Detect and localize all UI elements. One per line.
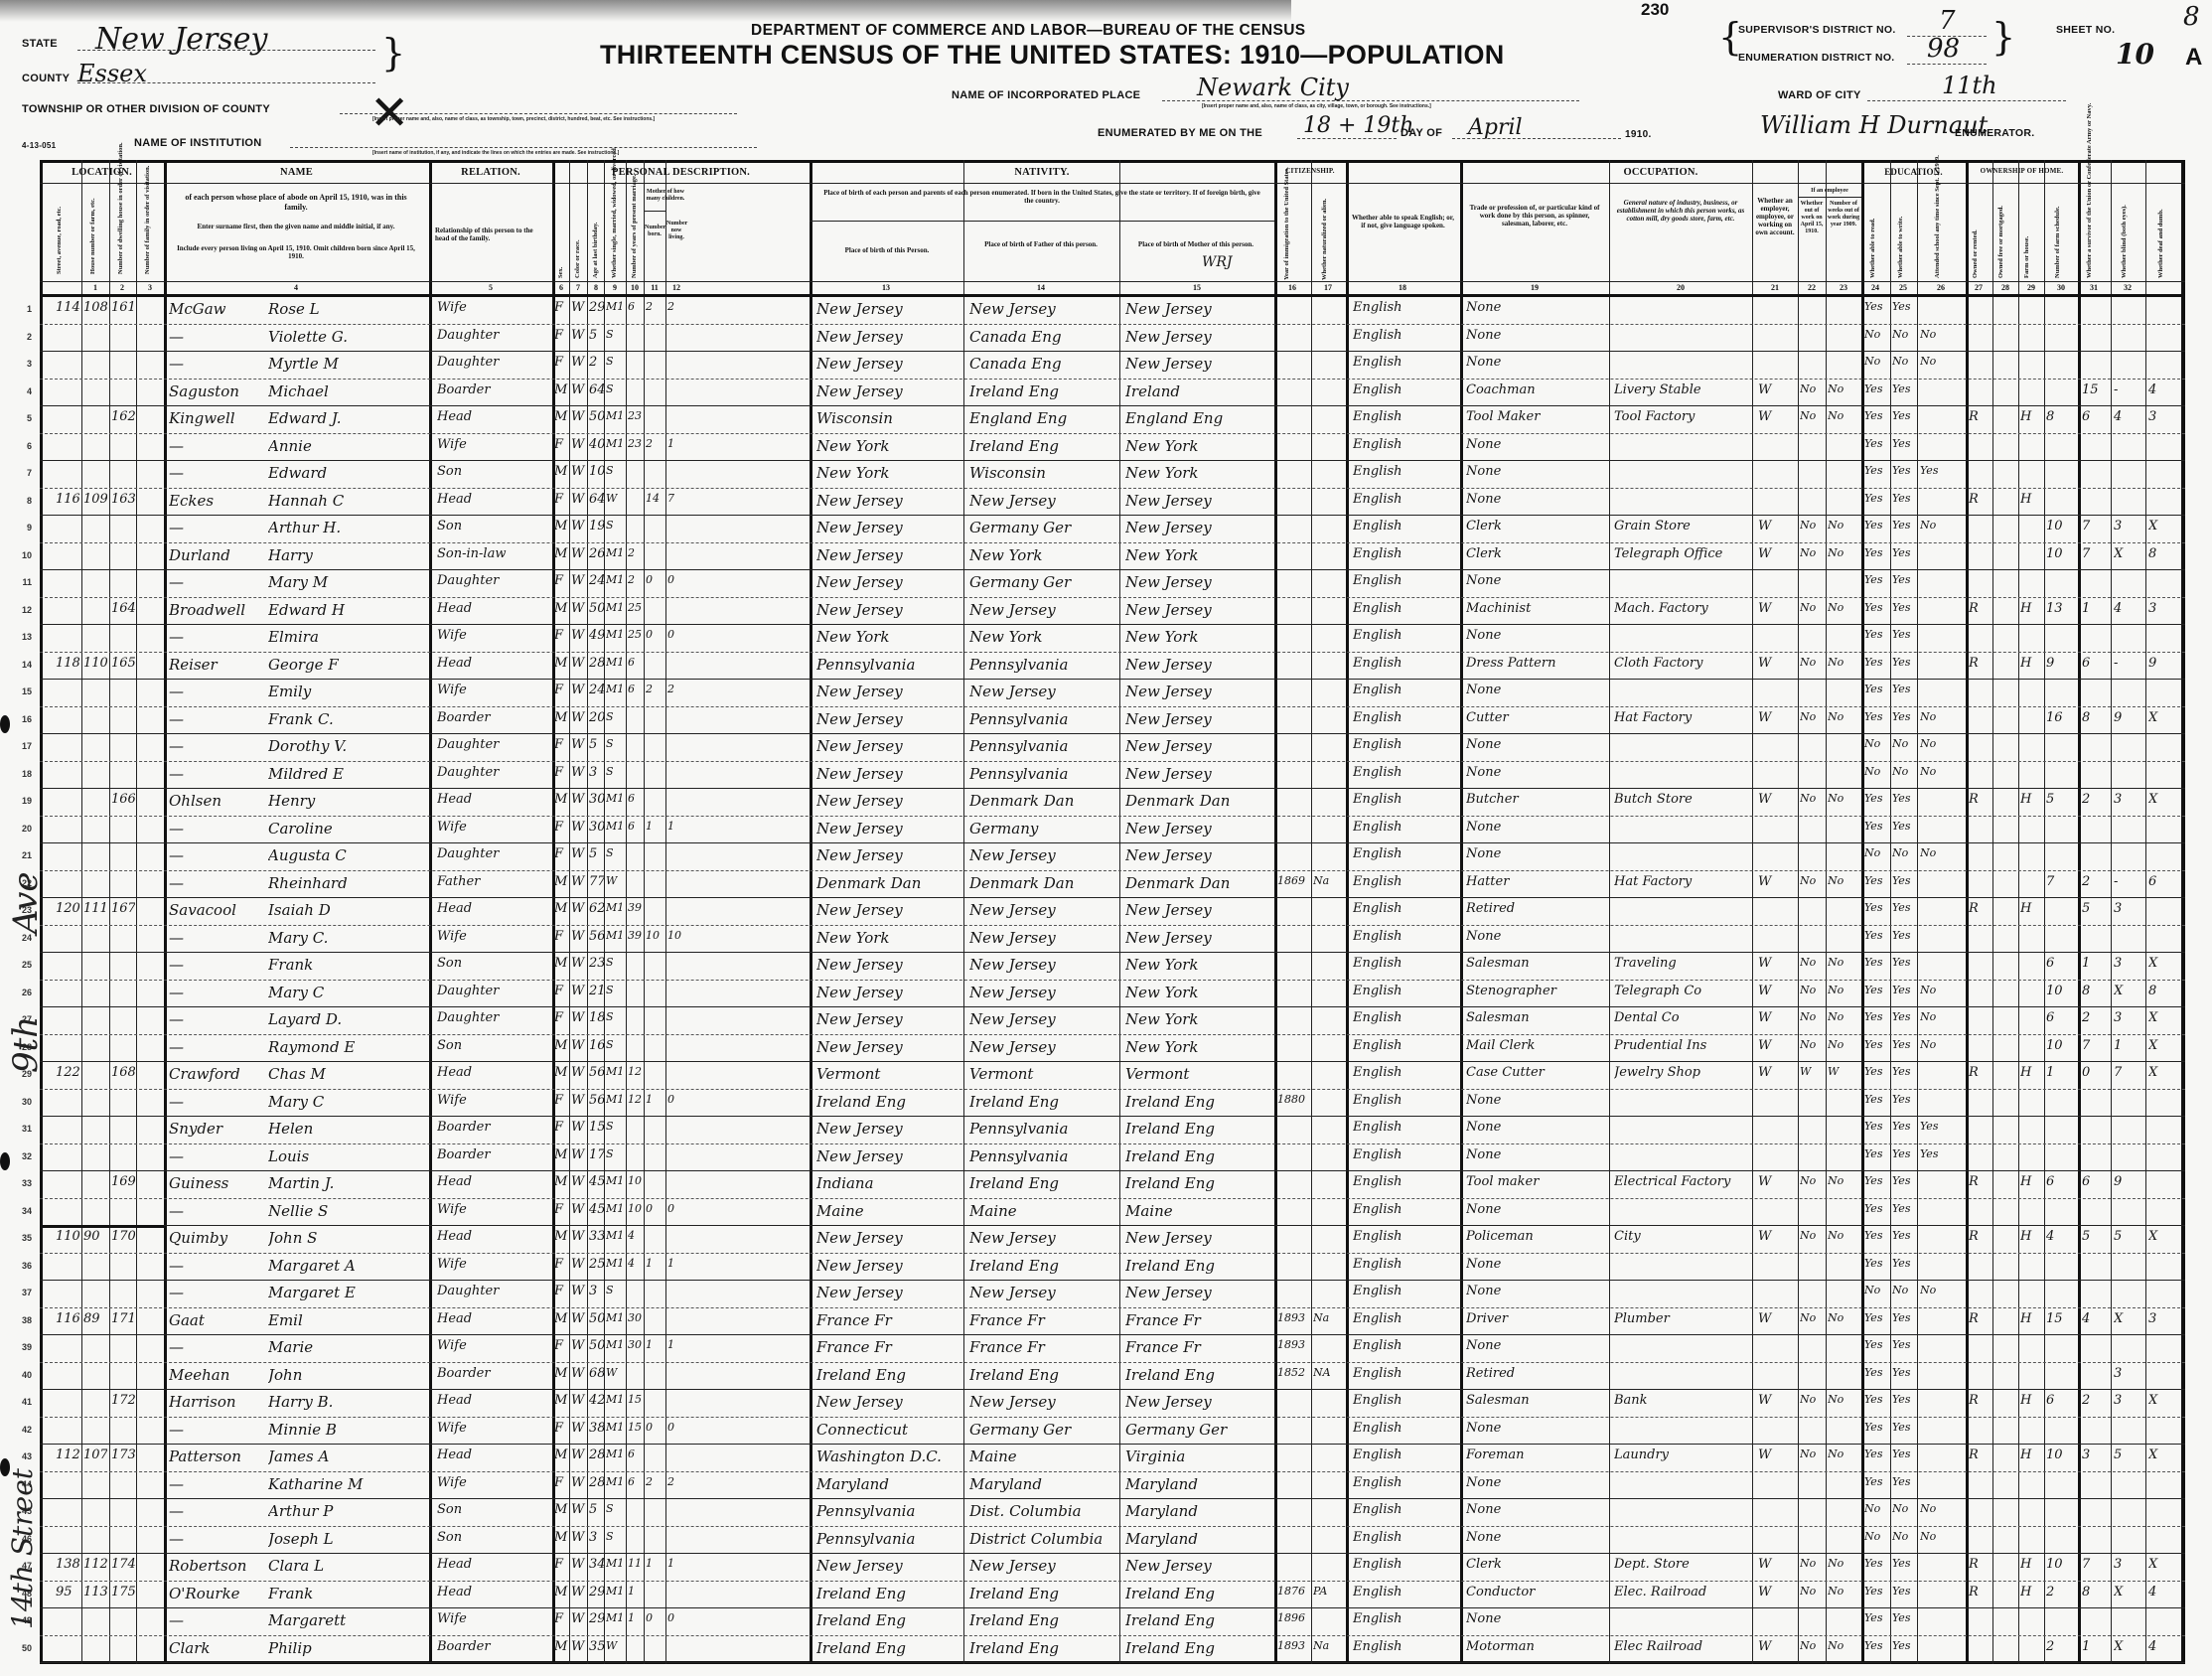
cell-lang: English (1353, 1366, 1458, 1381)
cell-race: W (571, 1065, 586, 1080)
cell-trade: None (1466, 1611, 1607, 1626)
cell-read: Yes (1864, 1311, 1890, 1324)
cell-x2: 3 (2114, 1393, 2143, 1408)
cell-surname: Eckes (169, 492, 268, 510)
column-number: 25 (1893, 283, 1913, 292)
col-divider (1609, 160, 1610, 1664)
weeks-out-header: Number of weeks out of work during year … (1827, 201, 1860, 229)
cell-age: 24 (589, 573, 604, 588)
section-occupation: OCCUPATION. (1460, 167, 1861, 178)
cell-given: Nellie S (268, 1202, 427, 1220)
cell-age: 28 (589, 1447, 604, 1462)
cell-race: W (571, 656, 586, 671)
cell-oow: No (1800, 546, 1826, 559)
vhdr-house: House number or farm, etc. (89, 205, 96, 274)
cell-read: No (1864, 1284, 1890, 1296)
cell-weeks: No (1828, 1311, 1859, 1324)
row-rule (40, 1006, 2185, 1007)
col-divider (109, 160, 110, 1664)
cell-nat: NA (1313, 1366, 1345, 1379)
cell-relation: Wife (437, 1202, 548, 1217)
row-rule (40, 515, 2185, 516)
line-number: 2 (6, 332, 32, 342)
cell-mother: New York (1125, 437, 1274, 455)
vhdr-school: Attended school any time since Sept. 1, … (1934, 189, 1941, 278)
cell-race: W (571, 710, 586, 725)
cell-trade: None (1466, 1530, 1607, 1545)
line-number: 26 (6, 988, 32, 997)
cell-x3: 6 (2148, 874, 2178, 889)
cell-age: 2 (589, 355, 604, 370)
cell-race: W (571, 929, 586, 944)
cell-dwelling: 110 (83, 656, 107, 671)
cell-birth: New Jersey (816, 1257, 961, 1275)
cell-age: 45 (589, 1202, 604, 1217)
cell-lang: English (1353, 1284, 1458, 1298)
cell-marital: S (606, 464, 626, 477)
cell-mother: New Jersey (1125, 929, 1274, 947)
cell-given: Layard D. (268, 1010, 427, 1028)
cell-age: 56 (589, 1093, 604, 1108)
cell-x1: 7 (2082, 519, 2110, 533)
cell-x2: 4 (2114, 601, 2143, 616)
ward-line (1867, 100, 2066, 101)
incorporated-place-label: NAME OF INCORPORATED PLACE (952, 89, 1140, 101)
cell-relation: Son-in-law (437, 546, 548, 561)
cell-given: Emil (268, 1311, 427, 1329)
cell-sex: F (554, 1202, 569, 1217)
vhdr-read: Whether able to read. (1869, 195, 1876, 278)
cell-surname: Meehan (169, 1366, 268, 1384)
cell-given: Frank C. (268, 710, 427, 728)
cell-surname: — (169, 1093, 268, 1111)
cell-surname: Crawford (169, 1065, 268, 1083)
col-divider (1798, 160, 1799, 1664)
name-desc: of each person whose place of abode on A… (177, 193, 415, 213)
section-education: EDUCATION. (1861, 167, 1966, 177)
column-number: 7 (568, 283, 588, 292)
cell-trade: Tool maker (1466, 1174, 1607, 1189)
cell-living: 1 (667, 437, 685, 450)
cell-mother: Ireland Eng (1125, 1257, 1274, 1275)
cell-write: Yes (1892, 492, 1917, 505)
cell-industry: Hat Factory (1614, 710, 1751, 725)
cell-surname: — (169, 984, 268, 1001)
cell-marital: S (606, 765, 626, 778)
cell-born: 0 (646, 1421, 664, 1434)
cell-surname: — (169, 929, 268, 947)
cell-sex: F (554, 737, 569, 752)
cell-age: 25 (589, 1257, 604, 1272)
cell-age: 29 (589, 300, 604, 315)
cell-given: Harry B. (268, 1393, 427, 1411)
cell-race: W (571, 1585, 586, 1600)
cell-x2: - (2114, 382, 2143, 397)
cell-imm: 1876 (1277, 1585, 1311, 1598)
cell-father: New Jersey (969, 901, 1118, 919)
cell-read: No (1864, 328, 1890, 341)
cell-trade: None (1466, 464, 1607, 479)
cell-relation: Head (437, 409, 548, 424)
cell-family: 169 (111, 1174, 135, 1189)
row-rule (40, 1170, 2185, 1171)
cell-sex: F (554, 628, 569, 643)
col-divider (644, 160, 645, 1664)
col-divider (604, 160, 605, 1664)
column-number: 10 (625, 283, 645, 292)
cell-years-married: 6 (628, 300, 644, 313)
line-number: 12 (6, 605, 32, 615)
col-divider (569, 160, 570, 1664)
cell-lang: English (1353, 1257, 1458, 1272)
vhdr-owned: Owned or rented. (1972, 195, 1979, 278)
cell-emp: W (1758, 792, 1796, 807)
cell-farm: H (2020, 1229, 2042, 1244)
cell-sex: M (554, 1502, 569, 1517)
cell-family: 165 (111, 656, 135, 671)
cell-sex: F (554, 929, 569, 944)
cell-trade: Salesman (1466, 1393, 1607, 1408)
township-value: ✕ (369, 85, 409, 141)
cell-surname: — (169, 1611, 268, 1629)
line-number: 42 (6, 1425, 32, 1435)
cell-write: No (1892, 1530, 1917, 1543)
column-number: 29 (2021, 283, 2041, 292)
cell-father: New Jersey (969, 1010, 1118, 1028)
cell-lang: English (1353, 492, 1458, 507)
cell-lang: English (1353, 901, 1458, 916)
row-rule (40, 433, 2185, 434)
col-divider (429, 160, 432, 1664)
cell-mother: Ireland Eng (1125, 1093, 1274, 1111)
cell-years-married: 11 (628, 1557, 644, 1570)
cell-family: 162 (111, 409, 135, 424)
cell-marital: M1 (606, 300, 626, 313)
cell-emp: W (1758, 1174, 1796, 1189)
cell-father: New Jersey (969, 929, 1118, 947)
column-number: 32 (2118, 283, 2138, 292)
col-divider (1346, 160, 1349, 1664)
cell-mother: New Jersey (1125, 601, 1274, 619)
cell-marital: W (606, 1639, 626, 1652)
cell-mother: Ireland (1125, 382, 1274, 400)
cell-emp: W (1758, 601, 1796, 616)
cell-read: Yes (1864, 683, 1890, 695)
cell-age: 68 (589, 1366, 604, 1381)
row-rule (40, 761, 2185, 762)
cell-industry: Butch Store (1614, 792, 1751, 807)
sheet-letter: A (2185, 44, 2203, 72)
cell-read: Yes (1864, 792, 1890, 805)
line-number: 35 (6, 1233, 32, 1243)
cell-sex: M (554, 1393, 569, 1408)
cell-trade: None (1466, 1257, 1607, 1272)
cell-years-married: 6 (628, 1475, 644, 1488)
cell-farm: H (2020, 901, 2042, 916)
cell-oow: No (1800, 874, 1826, 887)
cell-read: Yes (1864, 300, 1890, 313)
row-rule (40, 1389, 2185, 1390)
cell-mother: Denmark Dan (1125, 792, 1274, 810)
cell-trade: Tool Maker (1466, 409, 1607, 424)
sheet-brace: } (1991, 18, 2015, 56)
cell-x3: X (2148, 1229, 2178, 1244)
cell-given: Katharine M (268, 1475, 427, 1493)
cell-age: 3 (589, 765, 604, 780)
cell-relation: Daughter (437, 765, 548, 780)
cell-surname: — (169, 820, 268, 838)
cell-x3: X (2148, 710, 2178, 725)
cell-sex: M (554, 1065, 569, 1080)
cell-mother: New Jersey (1125, 519, 1274, 536)
relation-desc: Relationship of this person to the head … (435, 227, 546, 242)
cell-age: 45 (589, 1174, 604, 1189)
cell-imm: 1852 (1277, 1366, 1311, 1379)
institution-line (290, 147, 757, 148)
cell-marital: W (606, 1366, 626, 1379)
row-rule (40, 1607, 2185, 1608)
row-rule (40, 980, 2185, 981)
cell-trade: Foreman (1466, 1447, 1607, 1462)
cell-write: Yes (1892, 874, 1917, 887)
cell-mother: Ireland Eng (1125, 1639, 1274, 1657)
cell-mother: Maryland (1125, 1530, 1274, 1548)
cell-lang: English (1353, 464, 1458, 479)
incorporated-place-hint: [Insert proper name and, also, name of c… (1202, 103, 1431, 109)
cell-x1: 7 (2082, 1557, 2110, 1572)
cell-sched: 1 (2046, 1065, 2076, 1080)
line-number: 41 (6, 1397, 32, 1407)
cell-x2: X (2114, 1585, 2143, 1600)
cell-read: Yes (1864, 601, 1890, 614)
cell-sex: M (554, 382, 569, 397)
cell-emp: W (1758, 1639, 1796, 1654)
cell-age: 38 (589, 1421, 604, 1436)
cell-birth: Ireland Eng (816, 1611, 961, 1629)
cell-mother: Ireland Eng (1125, 1174, 1274, 1192)
cell-read: Yes (1864, 437, 1890, 450)
cell-lang: English (1353, 437, 1458, 452)
cell-trade: None (1466, 492, 1607, 507)
cell-living: 1 (667, 1557, 685, 1570)
cell-relation: Head (437, 656, 548, 671)
line-number: 33 (6, 1178, 32, 1188)
cell-emp: W (1758, 1311, 1796, 1326)
line-number: 25 (6, 960, 32, 970)
cell-write: Yes (1892, 1585, 1917, 1598)
cell-dwelling: 89 (83, 1311, 107, 1326)
row-rule (40, 1034, 2185, 1035)
cell-marital: S (606, 737, 626, 750)
cell-weeks: No (1828, 1639, 1859, 1652)
cell-write: No (1892, 1502, 1917, 1515)
cell-emp: W (1758, 956, 1796, 971)
vhdr-write: Whether able to write. (1897, 195, 1904, 278)
cell-write: Yes (1892, 1093, 1917, 1106)
cell-years-married: 1 (628, 1585, 644, 1598)
cell-father: Maryland (969, 1475, 1118, 1493)
cell-birth: Ireland Eng (816, 1366, 961, 1384)
cell-industry: City (1614, 1229, 1751, 1244)
cell-trade: Case Cutter (1466, 1065, 1607, 1080)
cell-father: New Jersey (969, 1393, 1118, 1411)
cell-nat: Na (1313, 1639, 1345, 1652)
cell-lang: English (1353, 792, 1458, 807)
cell-read: Yes (1864, 1366, 1890, 1379)
cell-marital: M1 (606, 1447, 626, 1460)
cell-read: Yes (1864, 1202, 1890, 1215)
cell-trade: None (1466, 437, 1607, 452)
cell-trade: None (1466, 765, 1607, 780)
cell-given: Mary C (268, 1093, 427, 1111)
cell-given: Edward H (268, 601, 427, 619)
cell-father: Germany Ger (969, 573, 1118, 591)
cell-age: 56 (589, 1065, 604, 1080)
cell-industry: Traveling (1614, 956, 1751, 971)
cell-lang: English (1353, 1010, 1458, 1025)
cell-weeks: No (1828, 409, 1859, 422)
cell-years-married: 4 (628, 1257, 644, 1270)
cell-surname: Broadwell (169, 601, 268, 619)
cell-marital: M1 (606, 792, 626, 805)
cell-weeks: No (1828, 382, 1859, 395)
cell-trade: Salesman (1466, 1010, 1607, 1025)
cell-race: W (571, 901, 586, 916)
cell-house: 114 (56, 300, 79, 315)
cell-given: John S (268, 1229, 427, 1247)
cell-given: Arthur H. (268, 519, 427, 536)
cell-family: 166 (111, 792, 135, 807)
cell-read: Yes (1864, 1120, 1890, 1133)
cell-read: No (1864, 765, 1890, 778)
cell-marital: S (606, 328, 626, 341)
cell-relation: Wife (437, 683, 548, 697)
cell-years-married: 2 (628, 573, 644, 586)
cell-birth: New Jersey (816, 1038, 961, 1056)
cell-sched: 6 (2046, 956, 2076, 971)
cell-race: W (571, 984, 586, 998)
cell-own: R (1969, 492, 1991, 507)
column-number: 19 (1525, 283, 1545, 292)
cell-marital: M1 (606, 1202, 626, 1215)
cell-relation: Wife (437, 300, 548, 315)
cell-relation: Head (437, 901, 548, 916)
cell-read: Yes (1864, 1393, 1890, 1406)
cell-marital: M1 (606, 628, 626, 641)
cell-trade: None (1466, 846, 1607, 861)
cell-x2: 9 (2114, 710, 2143, 725)
cell-oow: No (1800, 1311, 1826, 1324)
column-number: 14 (1031, 283, 1051, 292)
cell-school: Yes (1920, 1120, 1964, 1133)
cell-dwelling: 90 (83, 1229, 107, 1244)
cell-weeks: No (1828, 984, 1859, 996)
cell-surname: — (169, 710, 268, 728)
cell-school: Yes (1920, 464, 1964, 477)
cell-relation: Head (437, 1447, 548, 1462)
cell-farm: H (2020, 492, 2042, 507)
nativity-subrule (810, 221, 1274, 222)
cell-write: Yes (1892, 1065, 1917, 1078)
cell-marital: S (606, 1502, 626, 1515)
cell-oow: W (1800, 1065, 1826, 1078)
cell-x3: X (2148, 1557, 2178, 1572)
cell-industry: Jewelry Shop (1614, 1065, 1751, 1080)
cell-lang: English (1353, 683, 1458, 697)
cell-lang: English (1353, 1338, 1458, 1353)
cell-mother: New Jersey (1125, 355, 1274, 373)
cell-marital: M1 (606, 1229, 626, 1242)
cell-trade: None (1466, 737, 1607, 752)
cell-sched: 9 (2046, 656, 2076, 671)
cell-age: 49 (589, 628, 604, 643)
cell-own: R (1969, 1585, 1991, 1600)
line-number: 17 (6, 741, 32, 751)
cell-marital: M1 (606, 1475, 626, 1488)
cell-x3: 4 (2148, 382, 2178, 397)
cell-emp: W (1758, 1010, 1796, 1025)
cell-race: W (571, 1502, 586, 1517)
cell-emp: W (1758, 1585, 1796, 1600)
cell-imm: 1893 (1277, 1311, 1311, 1324)
cell-x1: 6 (2082, 1174, 2110, 1189)
cell-sex: M (554, 1366, 569, 1381)
cell-read: Yes (1864, 1338, 1890, 1351)
cell-mother: New Jersey (1125, 1393, 1274, 1411)
cell-living: 2 (667, 300, 685, 313)
cell-industry: Grain Store (1614, 519, 1751, 533)
cell-lang: English (1353, 601, 1458, 616)
cell-race: W (571, 409, 586, 424)
cell-years-married: 1 (628, 1611, 644, 1624)
cell-house: 118 (56, 656, 79, 671)
cell-born: 2 (646, 1475, 664, 1488)
cell-birth: New Jersey (816, 1229, 961, 1247)
line-number: 43 (6, 1451, 32, 1461)
cell-trade: None (1466, 929, 1607, 944)
cell-write: Yes (1892, 601, 1917, 614)
cell-oow: No (1800, 1010, 1826, 1023)
vhdr-veteran: Whether a survivor of the Union or Confe… (2086, 165, 2093, 278)
cell-birth: Pennsylvania (816, 1530, 961, 1548)
cell-mother: New Jersey (1125, 901, 1274, 919)
cell-relation: Son (437, 464, 548, 479)
cell-given: Frank (268, 956, 427, 974)
col-divider (1119, 160, 1120, 1664)
cell-surname: — (169, 355, 268, 373)
column-number: 8 (586, 283, 606, 292)
cell-birth: Wisconsin (816, 409, 961, 427)
line-number: 38 (6, 1315, 32, 1325)
cell-x2: X (2114, 546, 2143, 561)
cell-age: 34 (589, 1557, 604, 1572)
cell-surname: — (169, 1421, 268, 1439)
cell-lang: English (1353, 820, 1458, 835)
cell-write: Yes (1892, 984, 1917, 996)
vhdr-deaf: Whether deaf and dumb. (2157, 165, 2164, 278)
cell-oow: No (1800, 601, 1826, 614)
cell-trade: Motorman (1466, 1639, 1607, 1654)
cell-oow: No (1800, 409, 1826, 422)
sheet-label: SHEET NO. (2056, 24, 2115, 36)
cell-born: 1 (646, 1257, 664, 1270)
cell-given: Hannah C (268, 492, 427, 510)
cell-lang: English (1353, 1038, 1458, 1053)
col-divider (2044, 160, 2045, 1664)
cell-oow: No (1800, 1174, 1826, 1187)
cell-trade: None (1466, 1147, 1607, 1162)
cell-birth: New Jersey (816, 846, 961, 864)
